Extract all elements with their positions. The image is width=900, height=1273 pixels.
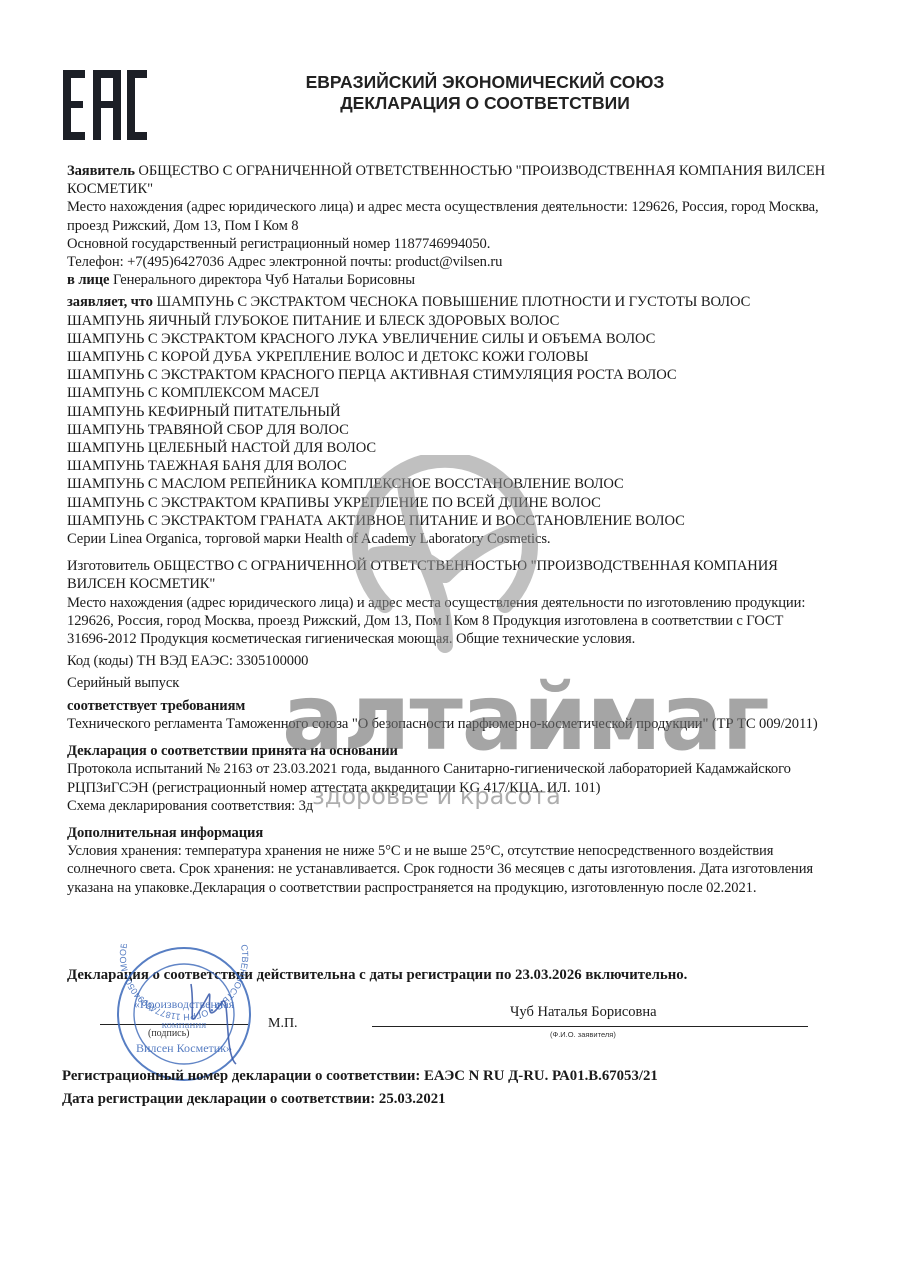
eac-logo-icon	[63, 70, 147, 140]
company-stamp-icon: ОБЩЕСТВО С ОГРАНИЧЕННОЙ ОТВЕТСТВЕННОСТЬЮ…	[96, 944, 272, 1084]
manufacturer-name: ОБЩЕСТВО С ОГРАНИЧЕННОЙ ОТВЕТСТВЕННОСТЬЮ…	[67, 558, 778, 592]
product-list: ШАМПУНЬ ЯИЧНЫЙ ГЛУБОКОЕ ПИТАНИЕ И БЛЕСК …	[67, 312, 827, 530]
list-item: ШАМПУНЬ ТАЕЖНАЯ БАНЯ ДЛЯ ВОЛОС	[67, 457, 827, 475]
declares-label: заявляет, что	[67, 294, 153, 310]
declaration-scheme: Схема декларирования соответствия: 3д	[67, 797, 827, 815]
product-series: Серии Linea Organica, торговой марки Hea…	[67, 530, 827, 548]
applicant-representative: в лице Генерального директора Чуб Наталь…	[67, 271, 827, 289]
declaration-page: ЕВРАЗИЙСКИЙ ЭКОНОМИЧЕСКИЙ СОЮЗ ДЕКЛАРАЦИ…	[0, 0, 900, 1273]
header-title-declaration: ДЕКЛАРАЦИЯ О СООТВЕТСТВИИ	[240, 93, 730, 114]
tn-ved-code: Код (коды) ТН ВЭД ЕАЭС: 3305100000	[67, 652, 827, 670]
list-item: ШАМПУНЬ ТРАВЯНОЙ СБОР ДЛЯ ВОЛОС	[67, 421, 827, 439]
represented-label: в лице	[67, 272, 109, 288]
applicant-section: Заявитель ОБЩЕСТВО С ОГРАНИЧЕННОЙ ОТВЕТС…	[67, 162, 827, 198]
validity-statement: Декларация о соответствии действительна …	[67, 967, 687, 984]
list-item: ШАМПУНЬ С КОРОЙ ДУБА УКРЕПЛЕНИЕ ВОЛОС И …	[67, 348, 827, 366]
signer-name: Чуб Наталья Борисовна	[510, 1004, 657, 1021]
release-type: Серийный выпуск	[67, 674, 827, 692]
signature-line	[100, 1024, 248, 1025]
declaration-body: Заявитель ОБЩЕСТВО С ОГРАНИЧЕННОЙ ОТВЕТС…	[67, 162, 827, 897]
signature-caption: (подпись)	[148, 1028, 190, 1039]
manufacturer-address: Место нахождения (адрес юридического лиц…	[67, 594, 827, 649]
manufacturer-section: Изготовитель ОБЩЕСТВО С ОГРАНИЧЕННОЙ ОТВ…	[67, 557, 827, 593]
document-header: ЕВРАЗИЙСКИЙ ЭКОНОМИЧЕСКИЙ СОЮЗ ДЕКЛАРАЦИ…	[240, 72, 730, 114]
additional-info-text: Условия хранения: температура хранения н…	[67, 842, 827, 897]
applicant-label: Заявитель	[67, 163, 135, 179]
header-title-union: ЕВРАЗИЙСКИЙ ЭКОНОМИЧЕСКИЙ СОЮЗ	[240, 72, 730, 93]
signer-name-line	[372, 1026, 808, 1027]
manufacturer-label: Изготовитель	[67, 558, 150, 574]
signer-caption: (Ф.И.О. заявителя)	[550, 1030, 616, 1039]
list-item: ШАМПУНЬ С ЭКСТРАКТОМ ЧЕСНОКА ПОВЫШЕНИЕ П…	[156, 294, 750, 310]
svg-text:Вилсен Косметик»: Вилсен Косметик»	[136, 1041, 232, 1055]
basis-label: Декларация о соответствии принята на осн…	[67, 742, 827, 760]
list-item: ШАМПУНЬ ЯИЧНЫЙ ГЛУБОКОЕ ПИТАНИЕ И БЛЕСК …	[67, 312, 827, 330]
complies-label: соответствует требованиям	[67, 697, 827, 715]
list-item: ШАМПУНЬ С МАСЛОМ РЕПЕЙНИКА КОМПЛЕКСНОЕ В…	[67, 475, 827, 493]
list-item: ШАМПУНЬ С ЭКСТРАКТОМ КРАСНОГО ПЕРЦА АКТИ…	[67, 366, 827, 384]
represented-by: Генерального директора Чуб Натальи Борис…	[113, 272, 415, 288]
svg-text:«Производственная: «Производственная	[134, 997, 235, 1011]
list-item: ШАМПУНЬ С ЭКСТРАКТОМ КРАСНОГО ЛУКА УВЕЛИ…	[67, 330, 827, 348]
declares-first-product: заявляет, что ШАМПУНЬ С ЭКСТРАКТОМ ЧЕСНО…	[67, 293, 827, 311]
applicant-name: ОБЩЕСТВО С ОГРАНИЧЕННОЙ ОТВЕТСТВЕННОСТЬЮ…	[67, 163, 825, 197]
registration-number: Регистрационный номер декларации о соотв…	[62, 1068, 658, 1085]
list-item: ШАМПУНЬ С ЭКСТРАКТОМ ГРАНАТА АКТИВНОЕ ПИ…	[67, 512, 827, 530]
complies-text: Технического регламента Таможенного союз…	[67, 715, 827, 733]
registration-date: Дата регистрации декларации о соответств…	[62, 1091, 446, 1108]
applicant-contacts: Телефон: +7(495)6427036 Адрес электронно…	[67, 253, 827, 271]
seal-label: М.П.	[268, 1016, 298, 1032]
additional-info-label: Дополнительная информация	[67, 824, 827, 842]
basis-text: Протокола испытаний № 2163 от 23.03.2021…	[67, 760, 827, 796]
applicant-ogrn: Основной государственный регистрационный…	[67, 235, 827, 253]
list-item: ШАМПУНЬ С ЭКСТРАКТОМ КРАПИВЫ УКРЕПЛЕНИЕ …	[67, 494, 827, 512]
list-item: ШАМПУНЬ КЕФИРНЫЙ ПИТАТЕЛЬНЫЙ	[67, 403, 827, 421]
list-item: ШАМПУНЬ С КОМПЛЕКСОМ МАСЕЛ	[67, 384, 827, 402]
list-item: ШАМПУНЬ ЦЕЛЕБНЫЙ НАСТОЙ ДЛЯ ВОЛОС	[67, 439, 827, 457]
applicant-address: Место нахождения (адрес юридического лиц…	[67, 198, 827, 234]
